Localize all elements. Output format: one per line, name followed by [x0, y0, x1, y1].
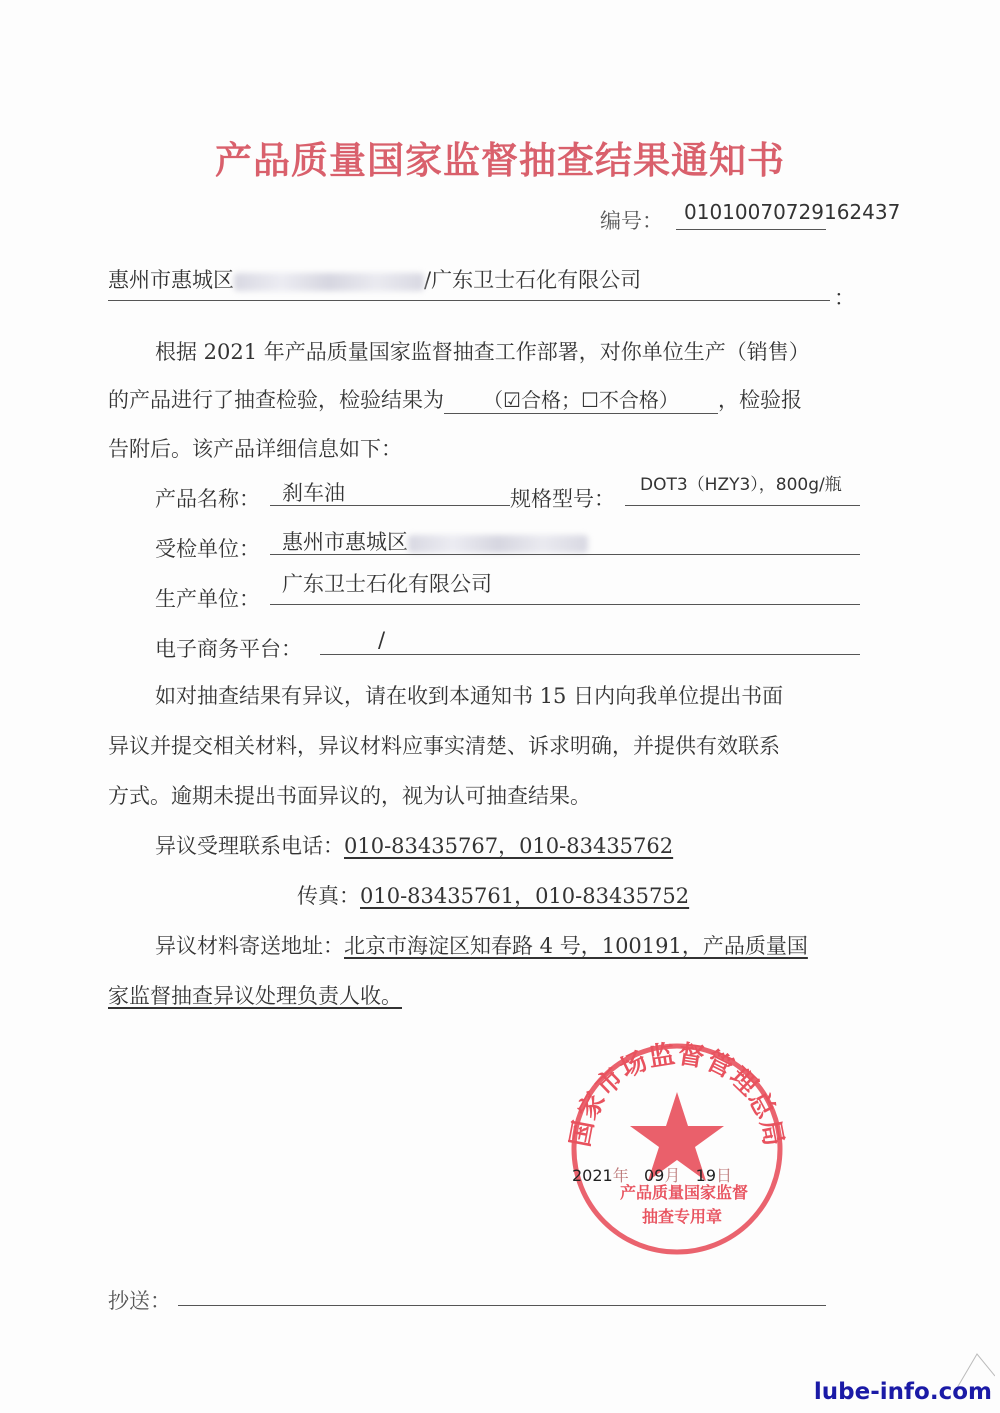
product-name-value: 刹车油: [282, 477, 345, 507]
inspected-unit-value: 惠州市惠城区: [282, 526, 588, 556]
redacted-name: [408, 535, 588, 553]
inspected-unit-label: 受检单位：: [155, 533, 260, 563]
paragraph2-line1: 如对抽查结果有异议，请在收到本通知书 15 日内向我单位提出书面: [155, 680, 783, 710]
seal-inner-line2: 抽查专用章: [642, 1204, 722, 1227]
address-row-2: 家监督抽查异议处理负责人收。: [108, 980, 402, 1010]
address-value-1: 北京市海淀区知春路 4 号，100191，产品质量国: [344, 934, 808, 958]
inspection-result-field: （☑合格；☐不合格）: [444, 384, 718, 414]
redacted-name: [234, 273, 424, 291]
paragraph1-line2: 的产品进行了抽查检验，检验结果为（☑合格；☐不合格），检验报: [108, 384, 802, 414]
ecommerce-label: 电子商务平台：: [155, 633, 302, 663]
ecommerce-value: /: [378, 628, 385, 652]
cc-label: 抄送：: [108, 1285, 171, 1315]
paragraph1-line3: 告附后。该产品详细信息如下：: [108, 433, 402, 463]
recipient: 惠州市惠城区/广东卫士石化有限公司: [108, 264, 641, 294]
spec-model-value: DOT3（HZY3），800g/瓶: [640, 470, 842, 495]
address-value-2: 家监督抽查异议处理负责人收。: [108, 984, 402, 1008]
serial-number: 01010070729162437: [684, 200, 900, 224]
issue-date: 2021年 09月 19日: [572, 1163, 732, 1186]
fax-row: 传真：010-83435761，010-83435752: [297, 880, 689, 910]
paragraph2-line2: 异议并提交相关材料，异议材料应事实清楚、诉求明确，并提供有效联系: [108, 730, 780, 760]
paragraph2-line3: 方式。逾期未提出书面异议的，视为认可抽查结果。: [108, 780, 591, 810]
paragraph1-line1: 根据 2021 年产品质量国家监督抽查工作部署，对你单位生产（销售）: [155, 336, 810, 366]
product-name-label: 产品名称：: [155, 483, 260, 513]
recipient-colon: ：: [834, 282, 855, 312]
serial-label: 编号：: [600, 205, 663, 235]
spec-model-label: 规格型号：: [510, 483, 615, 513]
phone-value: 010-83435767，010-83435762: [344, 834, 673, 858]
document-title: 产品质量国家监督抽查结果通知书: [0, 130, 1000, 184]
recipient-suffix: /广东卫士石化有限公司: [424, 268, 641, 292]
producer-value: 广东卫士石化有限公司: [282, 568, 492, 598]
fax-value: 010-83435761，010-83435752: [360, 884, 689, 908]
producer-label: 生产单位：: [155, 583, 260, 613]
phone-row: 异议受理联系电话：010-83435767，010-83435762: [155, 830, 673, 860]
address-row: 异议材料寄送地址：北京市海淀区知春路 4 号，100191，产品质量国: [155, 930, 808, 960]
watermark: lube-info.com: [814, 1379, 992, 1405]
recipient-prefix: 惠州市惠城区: [108, 268, 234, 292]
